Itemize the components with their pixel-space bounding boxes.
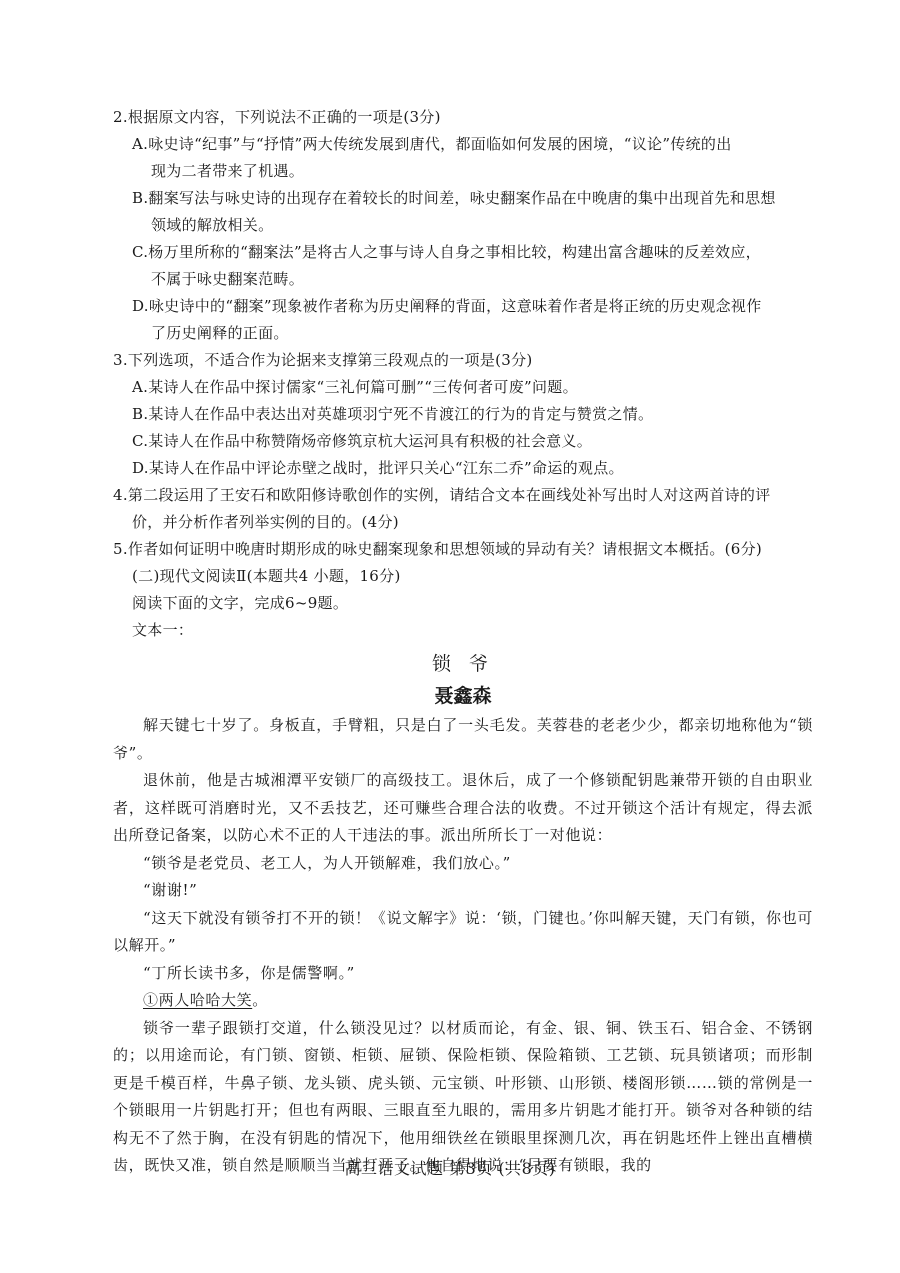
sentence-end: 。	[252, 991, 268, 1009]
article-paragraph: “丁所长读书多，你是儒警啊。”	[113, 960, 813, 988]
q2-option-d-line2: 了历史阐释的正面。	[151, 320, 813, 347]
question-4-line2: 价，并分析作者列举实例的目的。(4分)	[132, 509, 813, 536]
underlined-sentence-1: ①两人哈哈大笑	[143, 991, 252, 1009]
article-paragraph: “谢谢!”	[113, 877, 813, 905]
q3-option-a: A.某诗人在作品中探讨儒家“三礼何篇可删”“三传何者可废”问题。	[132, 374, 813, 401]
q2-option-b-line2: 领域的解放相关。	[151, 212, 813, 239]
q2-option-a-line1: A.咏史诗“纪事”与“抒情”两大传统发展到唐代，都面临如何发展的困境，“议论”传…	[132, 131, 813, 158]
q2-option-a-line2: 现为二者带来了机遇。	[151, 158, 813, 185]
question-2-stem: 2.根据原文内容，下列说法不正确的一项是(3分)	[113, 104, 813, 131]
section-heading: (二)现代文阅读Ⅱ(本题共4 小题，16分)	[132, 563, 813, 590]
article-paragraph: 退休前，他是古城湘潭平安锁厂的高级技工。退休后，成了一个修锁配钥匙兼带开锁的自由…	[113, 767, 813, 850]
q2-option-b-line1: B.翻案写法与咏史诗的出现存在着较长的时间差，咏史翻案作品在中晚唐的集中出现首先…	[132, 185, 813, 212]
article-author: 聂鑫森	[113, 680, 813, 712]
text-label: 文本一：	[132, 617, 813, 644]
question-3-stem: 3.下列选项，不适合作为论据来支撑第三段观点的一项是(3分)	[113, 347, 813, 374]
page-footer: 高三语文试题 第3页 (共8页)	[0, 1156, 900, 1179]
question-5: 5.作者如何证明中晚唐时期形成的咏史翻案现象和思想领域的异动有关？请根据文本概括…	[113, 536, 813, 563]
q3-option-b: B.某诗人在作品中表达出对英雄项羽宁死不肯渡江的行为的肯定与赞赏之情。	[132, 401, 813, 428]
article-paragraph: 锁爷一辈子跟锁打交道，什么锁没见过？以材质而论，有金、银、铜、铁玉石、铝合金、不…	[113, 1015, 813, 1180]
underlined-sentence-paragraph: ①两人哈哈大笑。	[113, 987, 813, 1015]
article-title: 锁 爷	[113, 648, 813, 680]
q2-option-c-line1: C.杨万里所称的“翻案法”是将古人之事与诗人自身之事相比较，构建出富含趣味的反差…	[132, 239, 813, 266]
article-paragraph: “锁爷是老党员、老工人，为人开锁解难，我们放心。”	[113, 850, 813, 878]
article-paragraph: 解天键七十岁了。身板直，手臂粗，只是白了一头毛发。芙蓉巷的老老少少，都亲切地称他…	[113, 712, 813, 767]
q2-option-d-line1: D.咏史诗中的“翻案”现象被作者称为历史阐释的背面，这意味着作者是将正统的历史观…	[132, 293, 813, 320]
article-paragraph: “这天下就没有锁爷打不开的锁！《说文解字》说：‘锁，门键也。’你叫解天键，天门有…	[113, 905, 813, 960]
q2-option-c-line2: 不属于咏史翻案范畴。	[151, 266, 813, 293]
exam-page: 2.根据原文内容，下列说法不正确的一项是(3分) A.咏史诗“纪事”与“抒情”两…	[113, 104, 813, 1180]
section-instruction: 阅读下面的文字，完成6~9题。	[132, 590, 813, 617]
question-4-line1: 4.第二段运用了王安石和欧阳修诗歌创作的实例，请结合文本在画线处补写出时人对这两…	[113, 482, 813, 509]
q3-option-c: C.某诗人在作品中称赞隋炀帝修筑京杭大运河具有积极的社会意义。	[132, 428, 813, 455]
q3-option-d: D.某诗人在作品中评论赤壁之战时，批评只关心“江东二乔”命运的观点。	[132, 455, 813, 482]
